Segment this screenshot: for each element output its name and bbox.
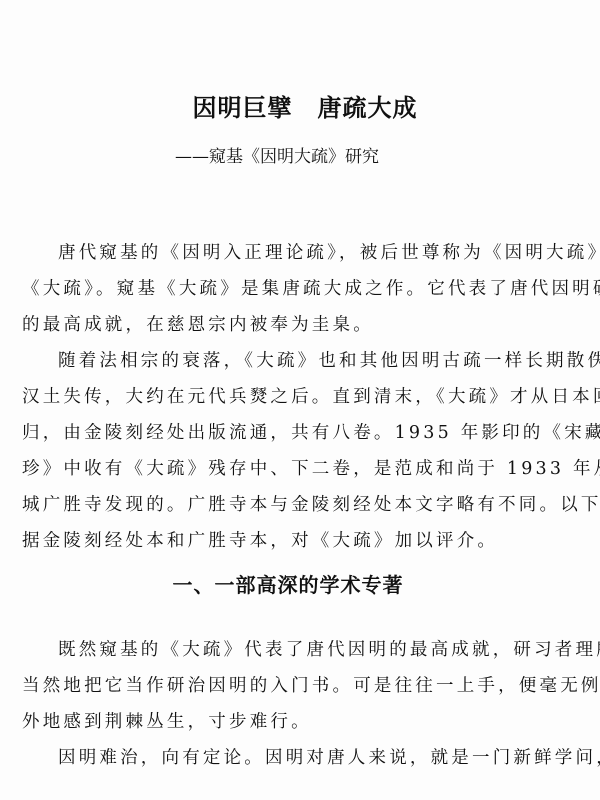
section-heading: 一、一部高深的学术专著 <box>0 570 600 600</box>
document-page: 因明巨擘 唐疏大成 ——窥基《因明大疏》研究 唐代窥基的《因明入正理论疏》，被后… <box>0 0 600 800</box>
text-line: 珍》中收有《大疏》残存中、下二卷，是范成和尚于 1933 年从山西赵 <box>22 456 547 482</box>
text-line: 据金陵刻经处本和广胜寺本，对《大疏》加以评介。 <box>22 528 547 554</box>
text-line: 《大疏》。窥基《大疏》是集唐疏大成之作。它代表了唐代因明研究 <box>22 276 547 302</box>
text-line: 城广胜寺发现的。广胜寺本与金陵刻经处本文字略有不同。以下 <box>22 492 547 518</box>
page-title: 因明巨擘 唐疏大成 <box>0 90 600 126</box>
text-line: 当然地把它当作研治因明的入门书。可是往往一上手，便毫无例 <box>22 673 547 699</box>
text-line: 唐代窥基的《因明入正理论疏》，被后世尊称为《因明大疏》、 <box>58 240 547 266</box>
page-subtitle: ——窥基《因明大疏》研究 <box>175 144 379 170</box>
text-line: 的最高成就，在慈恩宗内被奉为圭臬。 <box>22 312 547 338</box>
text-line: 随着法相宗的衰落，《大疏》也和其他因明古疏一样长期散佚。 <box>58 348 547 374</box>
text-line: 外地感到荆棘丛生，寸步难行。 <box>22 709 547 735</box>
text-line: 归，由金陵刻经处出版流通，共有八卷。1935 年影印的《宋藏遗 <box>22 420 547 446</box>
text-line: 既然窥基的《大疏》代表了唐代因明的最高成就，研习者理所 <box>58 637 547 663</box>
text-line: 因明难治，向有定论。因明对唐人来说，就是一门新鲜学问， <box>58 745 547 771</box>
text-line: 汉土失传，大约在元代兵燹之后。直到清末，《大疏》才从日本回 <box>22 384 547 410</box>
